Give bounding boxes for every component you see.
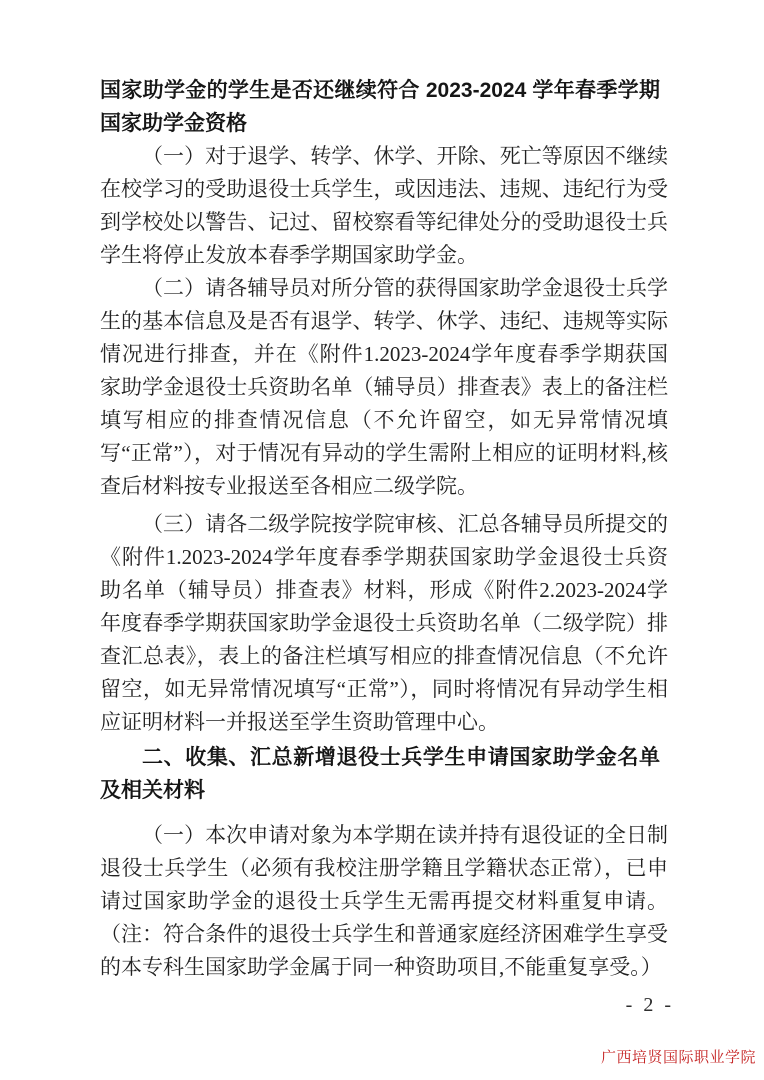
document-body: 国家助学金的学生是否还继续符合 2023-2024 学年春季学期国家助学金资格 …	[100, 74, 668, 984]
heading-continuation: 国家助学金的学生是否还继续符合 2023-2024 学年春季学期国家助学金资格	[100, 74, 668, 140]
institution-watermark: 广西培贤国际职业学院	[601, 1046, 756, 1067]
document-page: 国家助学金的学生是否还继续符合 2023-2024 学年春季学期国家助学金资格 …	[0, 0, 764, 1080]
paragraph-section2-item1: （一）本次申请对象为本学期在读并持有退役证的全日制退役士兵学生（必须有我校注册学…	[100, 819, 668, 984]
section-two-heading: 二、收集、汇总新增退役士兵学生申请国家助学金名单及相关材料	[100, 741, 668, 807]
paragraph-section1-item2: （二）请各辅导员对所分管的获得国家助学金退役士兵学生的基本信息及是否有退学、转学…	[100, 272, 668, 503]
paragraph-section1-item1: （一）对于退学、转学、休学、开除、死亡等原因不继续在校学习的受助退役士兵学生，或…	[100, 140, 668, 272]
page-number: - 2 -	[626, 994, 674, 1017]
paragraph-section1-item3: （三）请各二级学院按学院审核、汇总各辅导员所提交的《附件1.2023-2024学…	[100, 508, 668, 739]
